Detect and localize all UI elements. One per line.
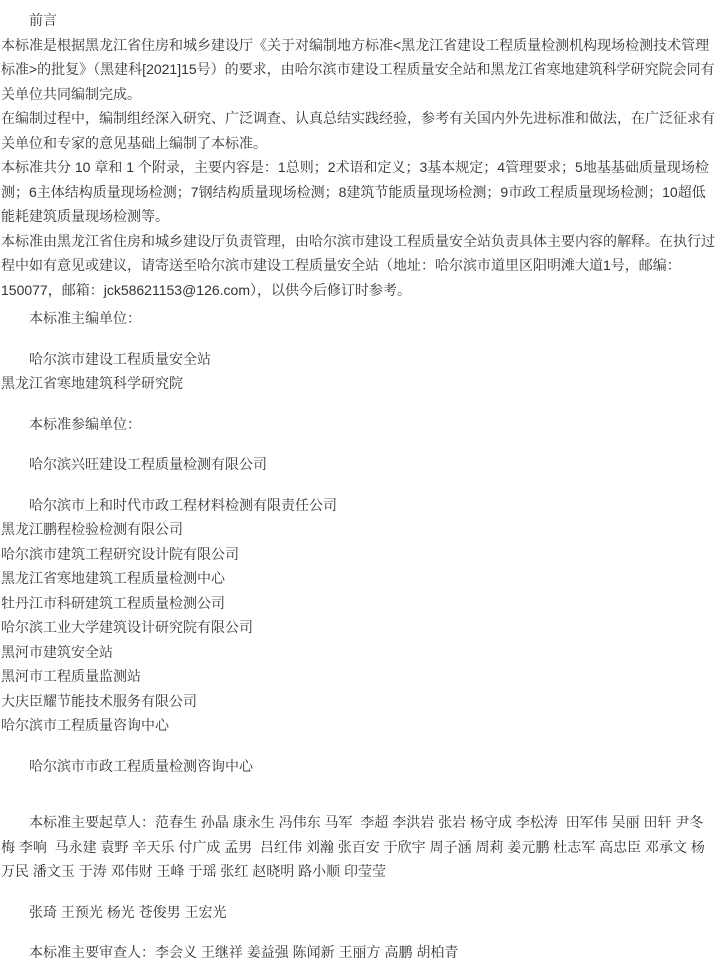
drafters-additional-names: 张琦 王预光 杨光 苍俊男 王宏光: [1, 900, 717, 925]
organization-line: 黑龙江省寒地建筑科学研究院: [1, 371, 717, 396]
intro-paragraph-process: 在编制过程中，编制组经深入研究、广泛调查、认真总结实践经验，参考有关国内外先进标…: [1, 106, 717, 155]
document-title: 前言: [1, 8, 717, 33]
organization-line: 黑龙江鹏程检验检测有限公司: [1, 517, 717, 542]
organization-line: 哈尔滨市上和时代市政工程材料检测有限责任公司: [1, 493, 717, 518]
intro-paragraph-basis: 本标准是根据黑龙江省住房和城乡建设厅《关于对编制地方标准<黑龙江省建设工程质量检…: [1, 33, 717, 107]
intro-paragraph-contents: 本标准共分 10 章和 1 个附录，主要内容是：1总则；2术语和定义；3基本规定…: [1, 155, 717, 229]
organization-line: 哈尔滨市工程质量咨询中心: [1, 713, 717, 738]
organization-line: 黑龙江省寒地建筑工程质量检测中心: [1, 566, 717, 591]
organization-line: 黑河市建筑安全站: [1, 640, 717, 665]
organization-line: 牡丹江市科研建筑工程质量检测公司: [1, 591, 717, 616]
organization-line: 哈尔滨市市政工程质量检测咨询中心: [1, 754, 717, 779]
reviewers-paragraph: 本标准主要审查人：李会义 王继祥 姜益强 陈闻新 王丽方 高鹏 胡柏青: [1, 940, 717, 965]
organization-line: 哈尔滨市建筑工程研究设计院有限公司: [1, 542, 717, 567]
participating-units-heading: 本标准参编单位：: [1, 412, 717, 437]
chief-editor-units-heading: 本标准主编单位：: [1, 306, 717, 331]
intro-paragraph-management: 本标准由黑龙江省住房和城乡建设厅负责管理，由哈尔滨市建设工程质量安全站负责具体主…: [1, 229, 717, 303]
preface-document: 前言 本标准是根据黑龙江省住房和城乡建设厅《关于对编制地方标准<黑龙江省建设工程…: [0, 0, 718, 975]
organization-line: 哈尔滨兴旺建设工程质量检测有限公司: [1, 452, 717, 477]
organization-line: 哈尔滨市建设工程质量安全站: [1, 347, 717, 372]
organization-line: 黑河市工程质量监测站: [1, 664, 717, 689]
organization-line: 哈尔滨工业大学建筑设计研究院有限公司: [1, 615, 717, 640]
drafters-paragraph: 本标准主要起草人：范春生 孙晶 康永生 冯伟东 马军 李超 李洪岩 张岩 杨守成…: [1, 810, 717, 884]
organization-line: 大庆臣耀节能技术服务有限公司: [1, 689, 717, 714]
